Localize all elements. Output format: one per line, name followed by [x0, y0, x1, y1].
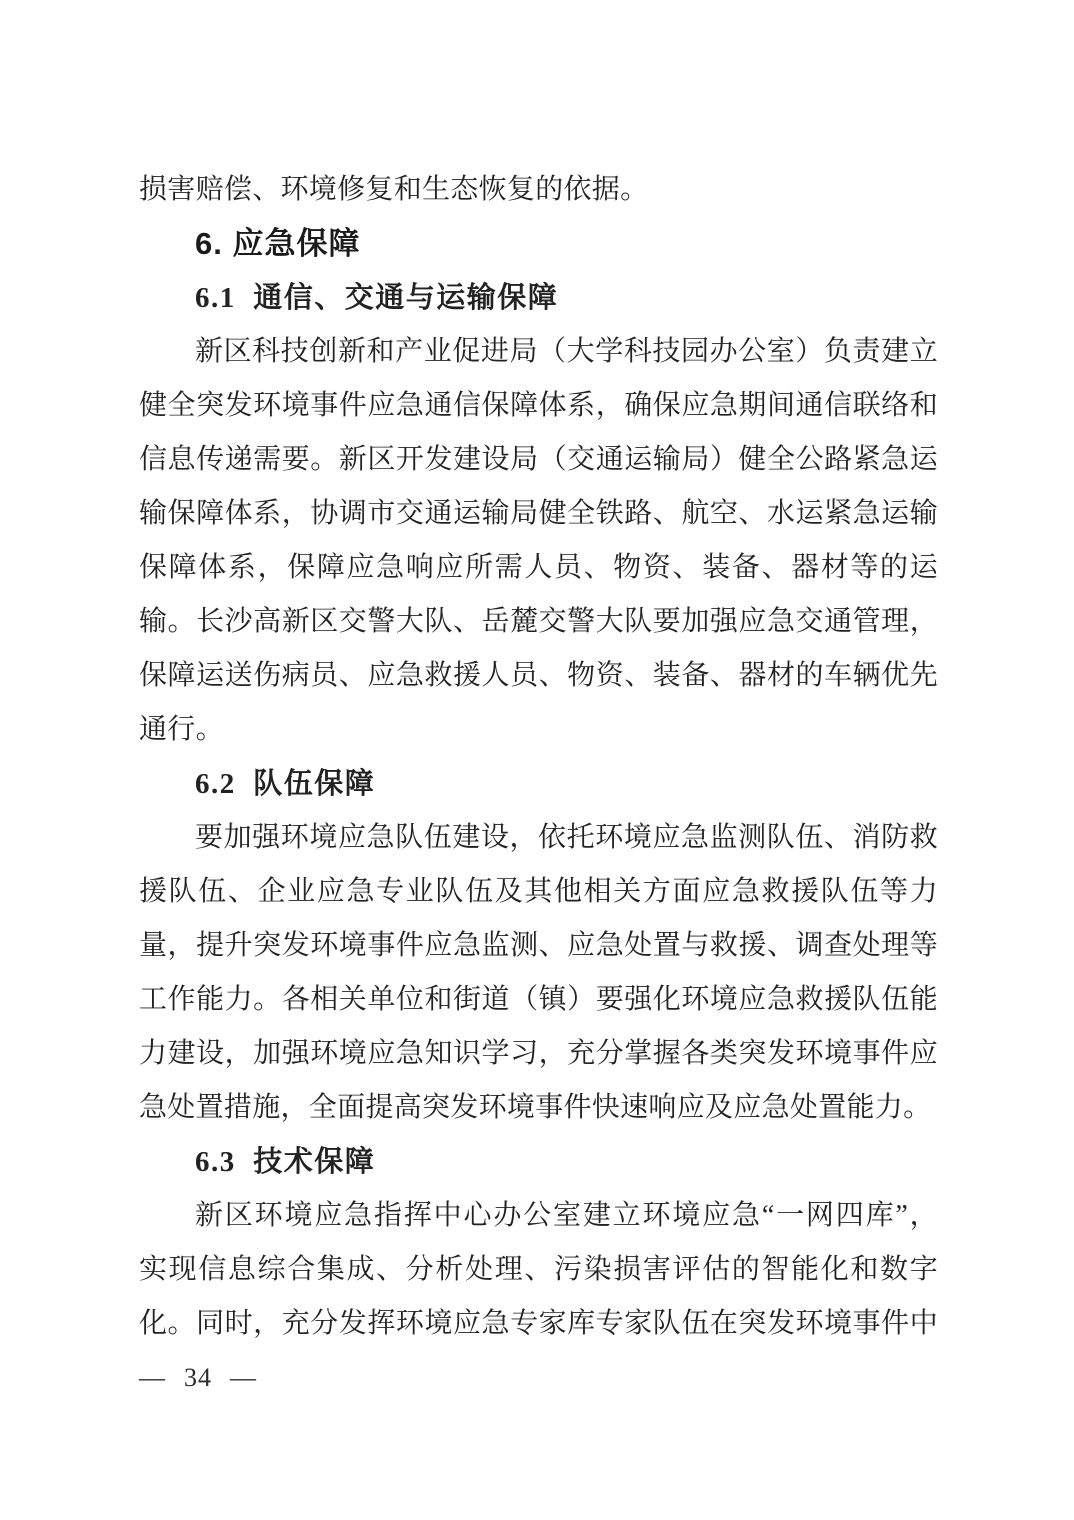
footer-dash-left: —	[139, 1363, 166, 1393]
text-line: 援队伍、企业应急专业队伍及其他相关方面应急救援队伍等力	[139, 865, 938, 919]
text-line: 要加强环境应急队伍建设，依托环境应急监测队伍、消防救	[139, 811, 938, 865]
text-line: 新区环境应急指挥中心办公室建立环境应急“一网四库”，	[139, 1189, 938, 1243]
text-line: 化。同时，充分发挥环境应急专家库专家队伍在突发环境事件中	[139, 1297, 938, 1351]
document-page: 损害赔偿、环境修复和生态恢复的依据。 6. 应急保障 6.1 通信、交通与运输保…	[0, 0, 1074, 1520]
text-line: 新区科技创新和产业促进局（大学科技园办公室）负责建立	[139, 325, 938, 379]
text-line: 量，提升突发环境事件应急监测、应急处置与救援、调查处理等	[139, 919, 938, 973]
text-line: 实现信息综合集成、分析处理、污染损害评估的智能化和数字	[139, 1243, 938, 1297]
section-6-3-heading: 6.3 技术保障	[139, 1135, 938, 1189]
text-line: 力建设，加强环境应急知识学习，充分掌握各类突发环境事件应	[139, 1027, 938, 1081]
footer-dash-right: —	[230, 1363, 257, 1393]
text-line: 健全突发环境事件应急通信保障体系，确保应急期间通信联络和	[139, 379, 938, 433]
section-6-2-heading: 6.2 队伍保障	[139, 757, 938, 811]
text-line: 保障运送伤病员、应急救援人员、物资、装备、器材的车辆优先	[139, 649, 938, 703]
section-6-1-heading: 6.1 通信、交通与运输保障	[139, 271, 938, 325]
page-number: 34	[184, 1363, 212, 1393]
text-line: 通行。	[139, 703, 938, 757]
text-line: 保障体系，保障应急响应所需人员、物资、装备、器材等的运	[139, 541, 938, 595]
page-footer: — 34 —	[139, 1356, 257, 1400]
text-line: 损害赔偿、环境修复和生态恢复的依据。	[139, 163, 938, 217]
document-content: 损害赔偿、环境修复和生态恢复的依据。 6. 应急保障 6.1 通信、交通与运输保…	[139, 163, 938, 1351]
text-line: 工作能力。各相关单位和街道（镇）要强化环境应急救援队伍能	[139, 973, 938, 1027]
section-6-heading: 6. 应急保障	[139, 217, 938, 271]
text-line: 信息传递需要。新区开发建设局（交通运输局）健全公路紧急运	[139, 433, 938, 487]
text-line: 急处置措施，全面提高突发环境事件快速响应及应急处置能力。	[139, 1081, 938, 1135]
text-line: 输保障体系，协调市交通运输局健全铁路、航空、水运紧急运输	[139, 487, 938, 541]
text-line: 输。长沙高新区交警大队、岳麓交警大队要加强应急交通管理，	[139, 595, 938, 649]
